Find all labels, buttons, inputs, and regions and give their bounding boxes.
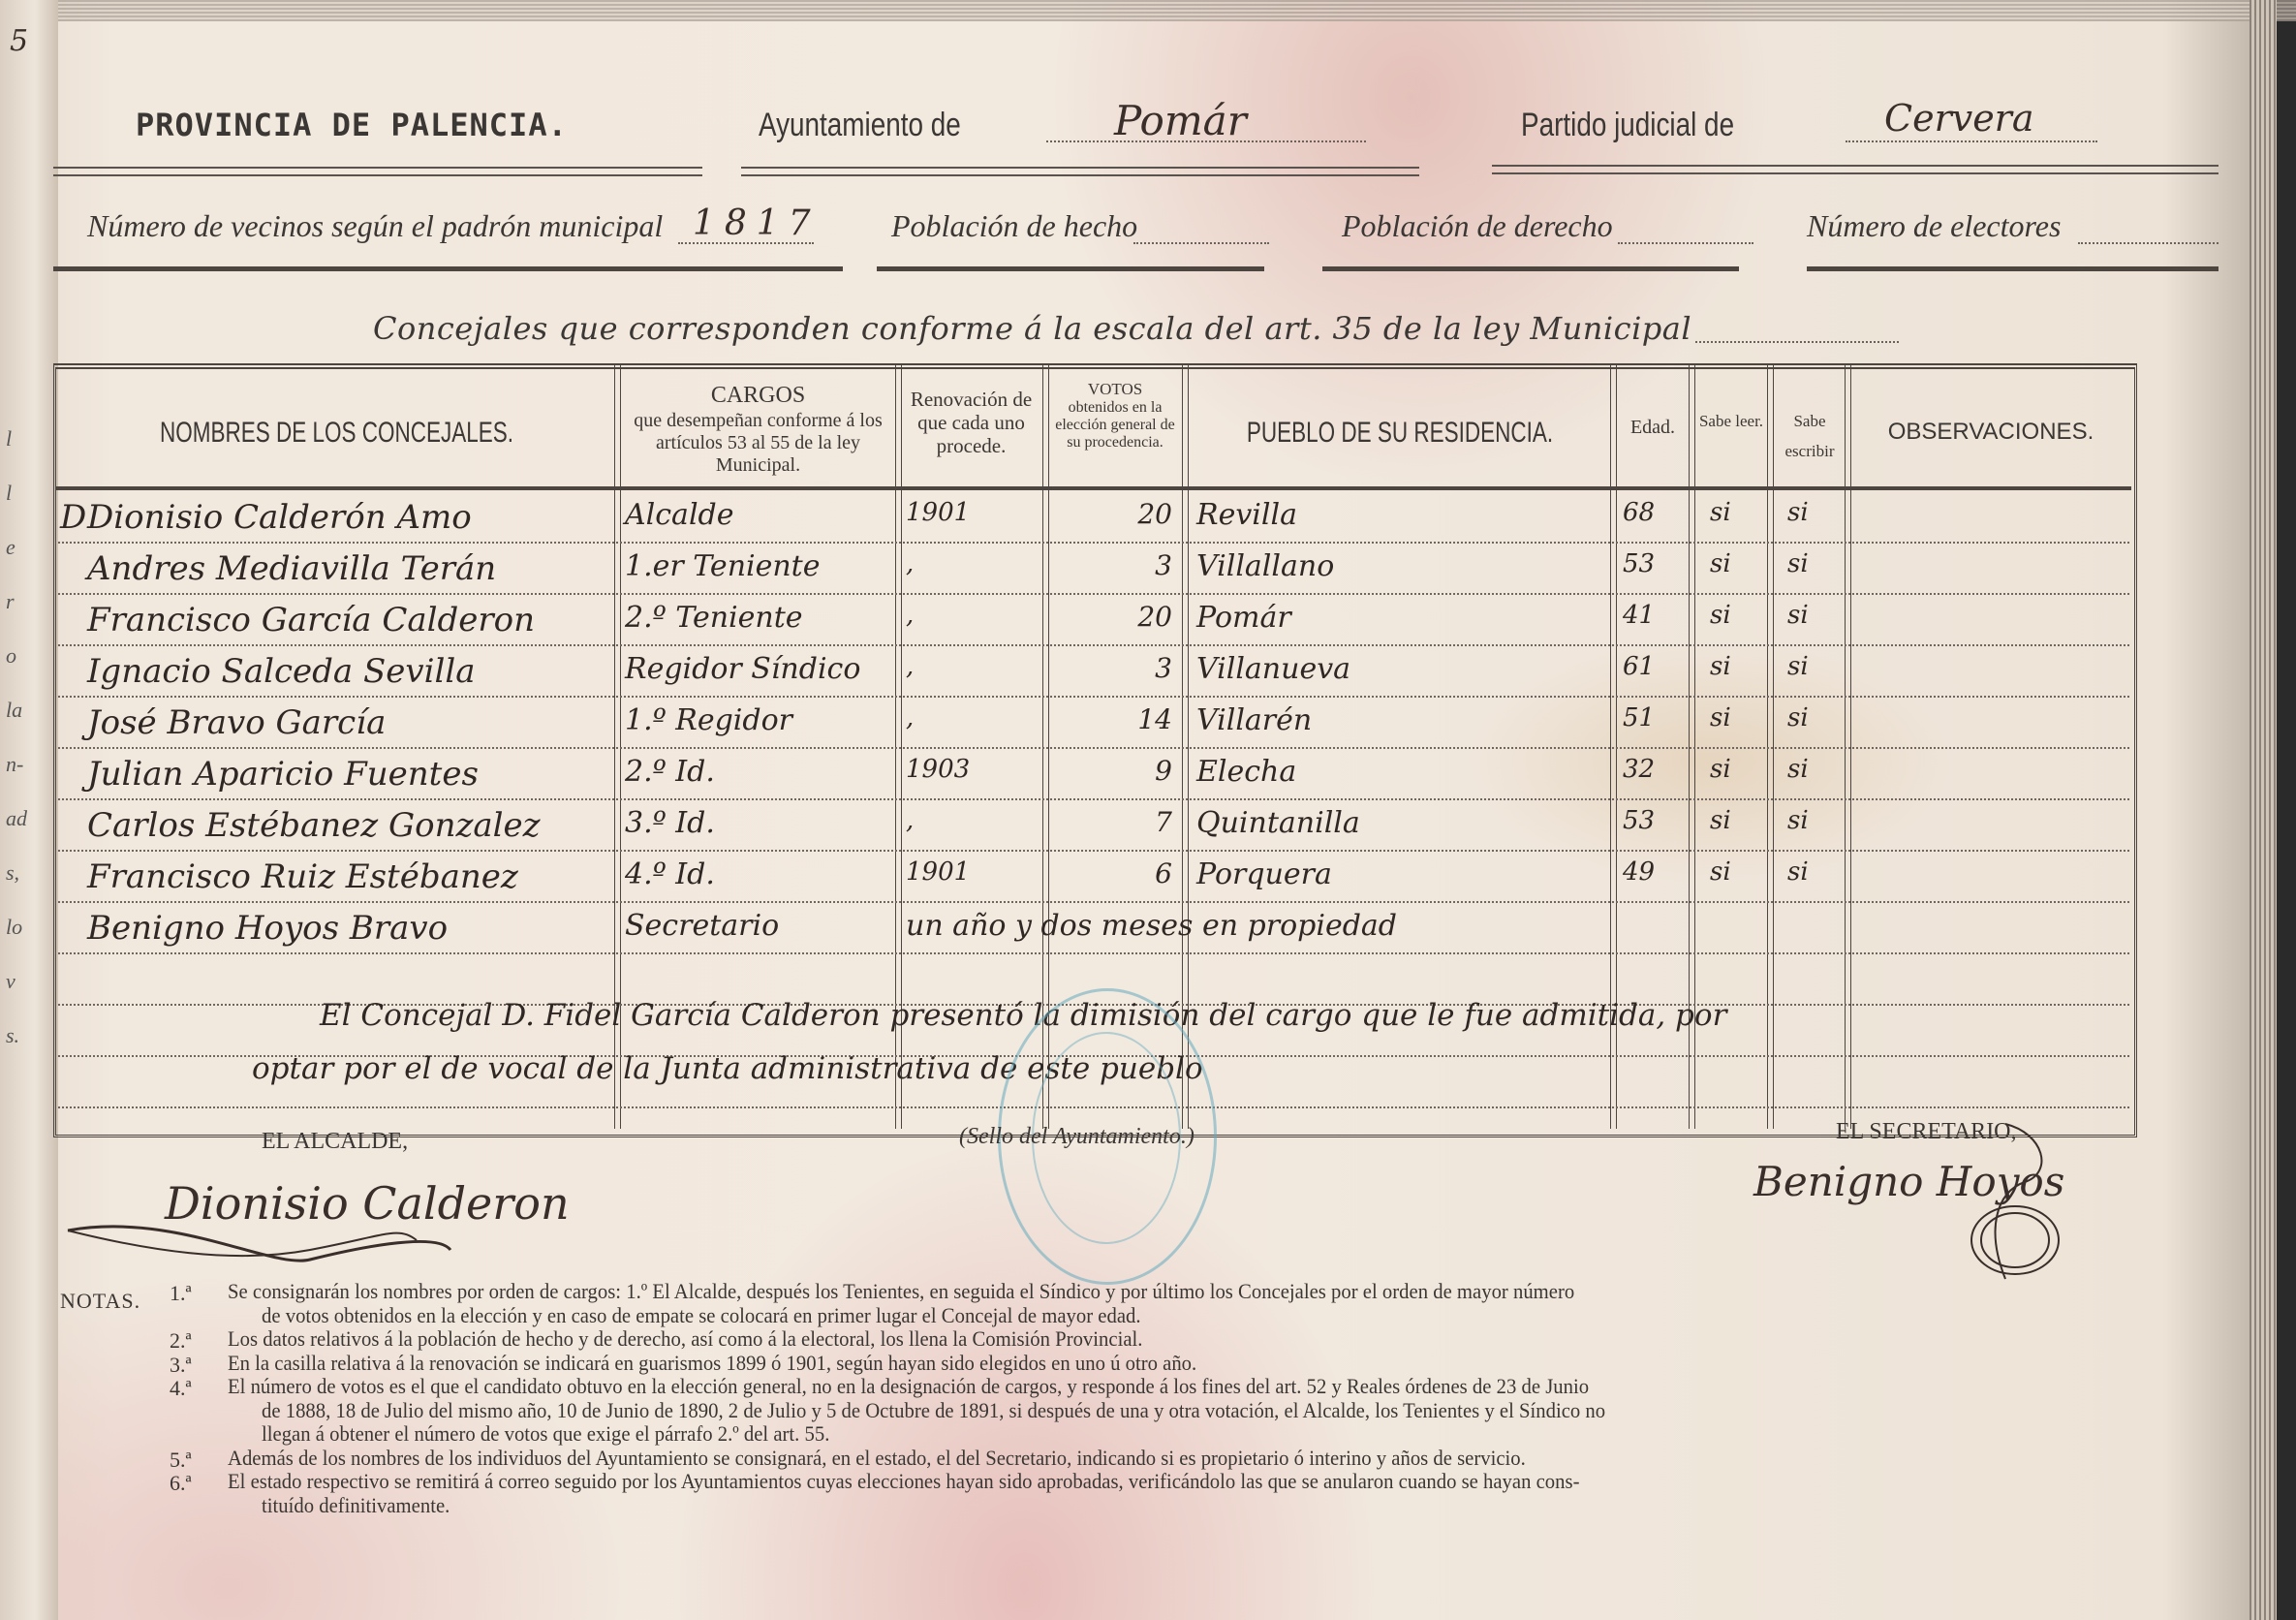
cell-votos[interactable]: 20 [1114, 498, 1172, 530]
th-votos: VOTOS obtenidos en la elección general d… [1048, 380, 1182, 452]
gutter-letter: s. [6, 1023, 19, 1048]
cell-leer[interactable]: si [1710, 601, 1731, 630]
cell-pueblo[interactable]: Villallano [1196, 549, 1334, 583]
cell-escribir[interactable]: si [1787, 755, 1809, 784]
note-line: Se consignarán los nombres por orden de … [228, 1281, 1574, 1303]
cell-escribir[interactable]: si [1787, 549, 1809, 578]
th-renovacion: Renovación de que cada uno procede. [901, 388, 1041, 457]
secretario-rubric-icon [1947, 1114, 2083, 1289]
document-page: 5 llerolan-ads,lovs. PROVINCIA DE PALENC… [0, 0, 2277, 1620]
gutter-letter: o [6, 643, 16, 669]
cell-pueblo[interactable]: Pomár [1196, 601, 1291, 635]
poblacion-hecho-label: Población de hecho [891, 208, 1137, 244]
gutter-letter: r [6, 589, 15, 614]
book-top-edge [0, 0, 2296, 21]
note-number: 2.ª [170, 1328, 192, 1354]
table-annotation-line-1: El Concejal D. Fidel García Calderon pre… [320, 998, 1726, 1033]
cell-nombre[interactable]: Andres Mediavilla Terán [87, 549, 496, 588]
rule [1322, 266, 1739, 271]
cell-renovacion[interactable]: , [906, 601, 914, 630]
cell-votos[interactable]: 20 [1114, 601, 1172, 633]
partido-dots [1846, 140, 2097, 142]
cell-edad[interactable]: 53 [1623, 806, 1655, 835]
cell-pueblo[interactable]: Elecha [1196, 755, 1296, 789]
signature-flourish-icon [58, 1211, 465, 1279]
alcalde-label: EL ALCALDE, [262, 1129, 408, 1155]
partido-value[interactable]: Cervera [1884, 97, 2034, 140]
gutter-letter: s, [6, 860, 19, 886]
concejales-line-label: Concejales que corresponden conforme á l… [373, 310, 1691, 347]
ayuntamiento-label: Ayuntamiento de [759, 107, 961, 144]
gutter-letter: l [6, 426, 12, 452]
note-line: En la casilla relativa á la renovación s… [228, 1353, 1196, 1375]
row-rule [58, 798, 2129, 800]
th-nombres: NOMBRES DE LOS CONCEJALES. [128, 417, 545, 451]
cell-nombre[interactable]: Benigno Hoyos Bravo [87, 909, 448, 948]
cell-pueblo[interactable]: Quintanilla [1196, 806, 1360, 840]
poblacion-derecho-field[interactable] [1618, 242, 1753, 244]
gutter-letter: ad [6, 806, 27, 831]
cell-leer[interactable]: si [1710, 652, 1731, 681]
book-right-edge [2249, 0, 2277, 1620]
th-leer: Sabe leer. [1694, 407, 1768, 437]
note-number: 3.ª [170, 1353, 192, 1378]
note-line: de votos obtenidos en la elección y en c… [262, 1305, 1141, 1327]
cell-votos[interactable]: 14 [1114, 703, 1172, 735]
cell-votos[interactable]: 6 [1114, 857, 1172, 889]
electores-field[interactable] [2078, 242, 2218, 244]
th-cargos: CARGOS que desempeñan conforme á los art… [620, 383, 896, 477]
cell-votos[interactable]: 9 [1114, 755, 1172, 787]
poblacion-hecho-field[interactable] [1133, 242, 1269, 244]
cell-renovacion[interactable]: , [906, 806, 914, 835]
cell-cargo[interactable]: Regidor Síndico [625, 652, 860, 686]
cell-nombre[interactable]: Ignacio Salceda Sevilla [87, 652, 476, 691]
page-mark: 5 [10, 24, 28, 58]
gutter-letter: v [6, 969, 16, 994]
cell-pueblo[interactable]: Revilla [1196, 498, 1297, 532]
sello-label: (Sello del Ayuntamiento.) [959, 1124, 1195, 1150]
cell-cargo[interactable]: 2.º Id. [625, 755, 715, 789]
cell-pueblo[interactable]: Villarén [1196, 703, 1312, 737]
note-line: de 1888, 18 de Julio del mismo año, 10 d… [262, 1400, 1605, 1422]
cell-escribir[interactable]: si [1787, 857, 1809, 887]
cell-renovacion[interactable]: , [906, 652, 914, 681]
note-line: tituído definitivamente. [262, 1495, 450, 1517]
rule [53, 167, 702, 176]
cell-pueblo[interactable]: Porquera [1196, 857, 1332, 891]
row-rule [58, 593, 2129, 595]
province-title: PROVINCIA DE PALENCIA. [136, 107, 568, 143]
row-rule [58, 952, 2129, 954]
cell-leer[interactable]: si [1710, 806, 1731, 835]
cell-prefix: D [60, 498, 86, 537]
rule [1492, 165, 2218, 174]
cell-renovacion[interactable]: un año y dos meses en propiedad [906, 909, 1397, 943]
cell-edad[interactable]: 41 [1623, 601, 1655, 630]
cell-escribir[interactable]: si [1787, 703, 1809, 732]
poblacion-derecho-label: Población de derecho [1342, 208, 1613, 244]
note-line: El número de votos es el que el candidat… [228, 1376, 1589, 1398]
cell-cargo[interactable]: 3.º Id. [625, 806, 715, 840]
cell-escribir[interactable]: si [1787, 601, 1809, 630]
cell-edad[interactable]: 51 [1623, 703, 1655, 732]
cell-cargo[interactable]: 1.º Regidor [625, 703, 792, 737]
row-rule [58, 644, 2129, 646]
th-votos-title: VOTOS [1048, 380, 1182, 399]
ayuntamiento-value[interactable]: Pomár [1114, 97, 1247, 144]
cell-edad[interactable]: 32 [1623, 755, 1655, 784]
cell-nombre[interactable]: Julian Aparicio Fuentes [87, 755, 479, 794]
gutter-letter: la [6, 698, 22, 723]
row-rule [58, 901, 2129, 903]
row-rule [58, 696, 2129, 698]
rule [1807, 266, 2218, 271]
cell-cargo[interactable]: Secretario [625, 909, 779, 943]
cell-renovacion[interactable]: 1903 [906, 755, 970, 784]
note-number: 5.ª [170, 1448, 192, 1473]
cell-leer[interactable]: si [1710, 755, 1731, 784]
th-cargos-sub: que desempeñan conforme á los artículos … [620, 410, 896, 477]
cell-votos[interactable]: 7 [1114, 806, 1172, 838]
partido-label: Partido judicial de [1521, 107, 1734, 144]
note-number: 4.ª [170, 1376, 192, 1401]
th-votos-sub: obtenidos en la elección general de su p… [1048, 399, 1182, 452]
row-rule [58, 850, 2129, 852]
cell-nombre[interactable]: Francisco Ruiz Estébanez [87, 857, 518, 896]
cell-escribir[interactable]: si [1787, 806, 1809, 835]
rule [741, 167, 1419, 176]
cell-renovacion[interactable]: , [906, 703, 914, 732]
note-number: 1.ª [170, 1281, 192, 1306]
cell-nombre[interactable]: Francisco García Calderon [87, 601, 535, 639]
cell-renovacion[interactable]: 1901 [906, 857, 970, 887]
cell-pueblo[interactable]: Villanueva [1196, 652, 1350, 686]
gutter-letter: n- [6, 752, 23, 777]
th-escribir: Sabe escribir [1773, 407, 1846, 466]
cell-leer[interactable]: si [1710, 498, 1731, 527]
cell-votos[interactable]: 3 [1114, 549, 1172, 581]
row-rule [58, 542, 2129, 544]
note-line: El estado respectivo se remitirá á corre… [228, 1471, 1579, 1493]
cell-cargo[interactable]: Alcalde [625, 498, 734, 532]
row-rule [58, 747, 2129, 749]
cell-votos[interactable]: 3 [1114, 652, 1172, 684]
cell-escribir[interactable]: si [1787, 652, 1809, 681]
vecinos-label: Número de vecinos según el padrón munici… [87, 208, 663, 244]
gutter-letter: e [6, 535, 16, 560]
th-edad: Edad. [1616, 417, 1690, 439]
header-rule [56, 486, 2131, 490]
cell-cargo[interactable]: 1.er Teniente [625, 549, 821, 583]
notes-title: NOTAS. [60, 1289, 140, 1314]
th-cargos-title: CARGOS [620, 383, 896, 410]
cell-edad[interactable]: 49 [1623, 857, 1655, 887]
cell-cargo[interactable]: 2.º Teniente [625, 601, 803, 635]
col-divider [1845, 363, 1851, 1129]
gutter-letter: lo [6, 915, 22, 940]
rule [877, 266, 1264, 271]
rule [53, 266, 843, 271]
concejales-field[interactable] [1695, 341, 1899, 343]
gutter-letter: l [6, 481, 12, 506]
cell-nombre[interactable]: Dionisio Calderón Amo [87, 498, 472, 537]
cell-renovacion[interactable]: , [906, 549, 914, 578]
note-line: Además de los nombres de los individuos … [228, 1448, 1526, 1470]
cell-edad[interactable]: 68 [1623, 498, 1655, 527]
th-pueblo: PUEBLO DE SU RESIDENCIA. [1240, 417, 1560, 451]
cell-leer[interactable]: si [1710, 549, 1731, 578]
cell-nombre[interactable]: Carlos Estébanez Gonzalez [87, 806, 541, 845]
cell-edad[interactable]: 53 [1623, 549, 1655, 578]
note-line: llegan á obtener el número de votos que … [262, 1423, 829, 1446]
cell-leer[interactable]: si [1710, 857, 1731, 887]
cell-leer[interactable]: si [1710, 703, 1731, 732]
cell-renovacion[interactable]: 1901 [906, 498, 970, 527]
col-divider [1767, 363, 1774, 1129]
electores-label: Número de electores [1807, 208, 2061, 244]
note-line: Los datos relativos á la población de he… [228, 1328, 1142, 1351]
note-number: 6.ª [170, 1471, 192, 1496]
cell-cargo[interactable]: 4.º Id. [625, 857, 715, 891]
cell-nombre[interactable]: José Bravo García [87, 703, 386, 742]
th-observaciones: OBSERVACIONES. [1850, 419, 2131, 446]
vecinos-value[interactable]: 1817 [693, 203, 821, 243]
cell-edad[interactable]: 61 [1623, 652, 1655, 681]
cell-escribir[interactable]: si [1787, 498, 1809, 527]
